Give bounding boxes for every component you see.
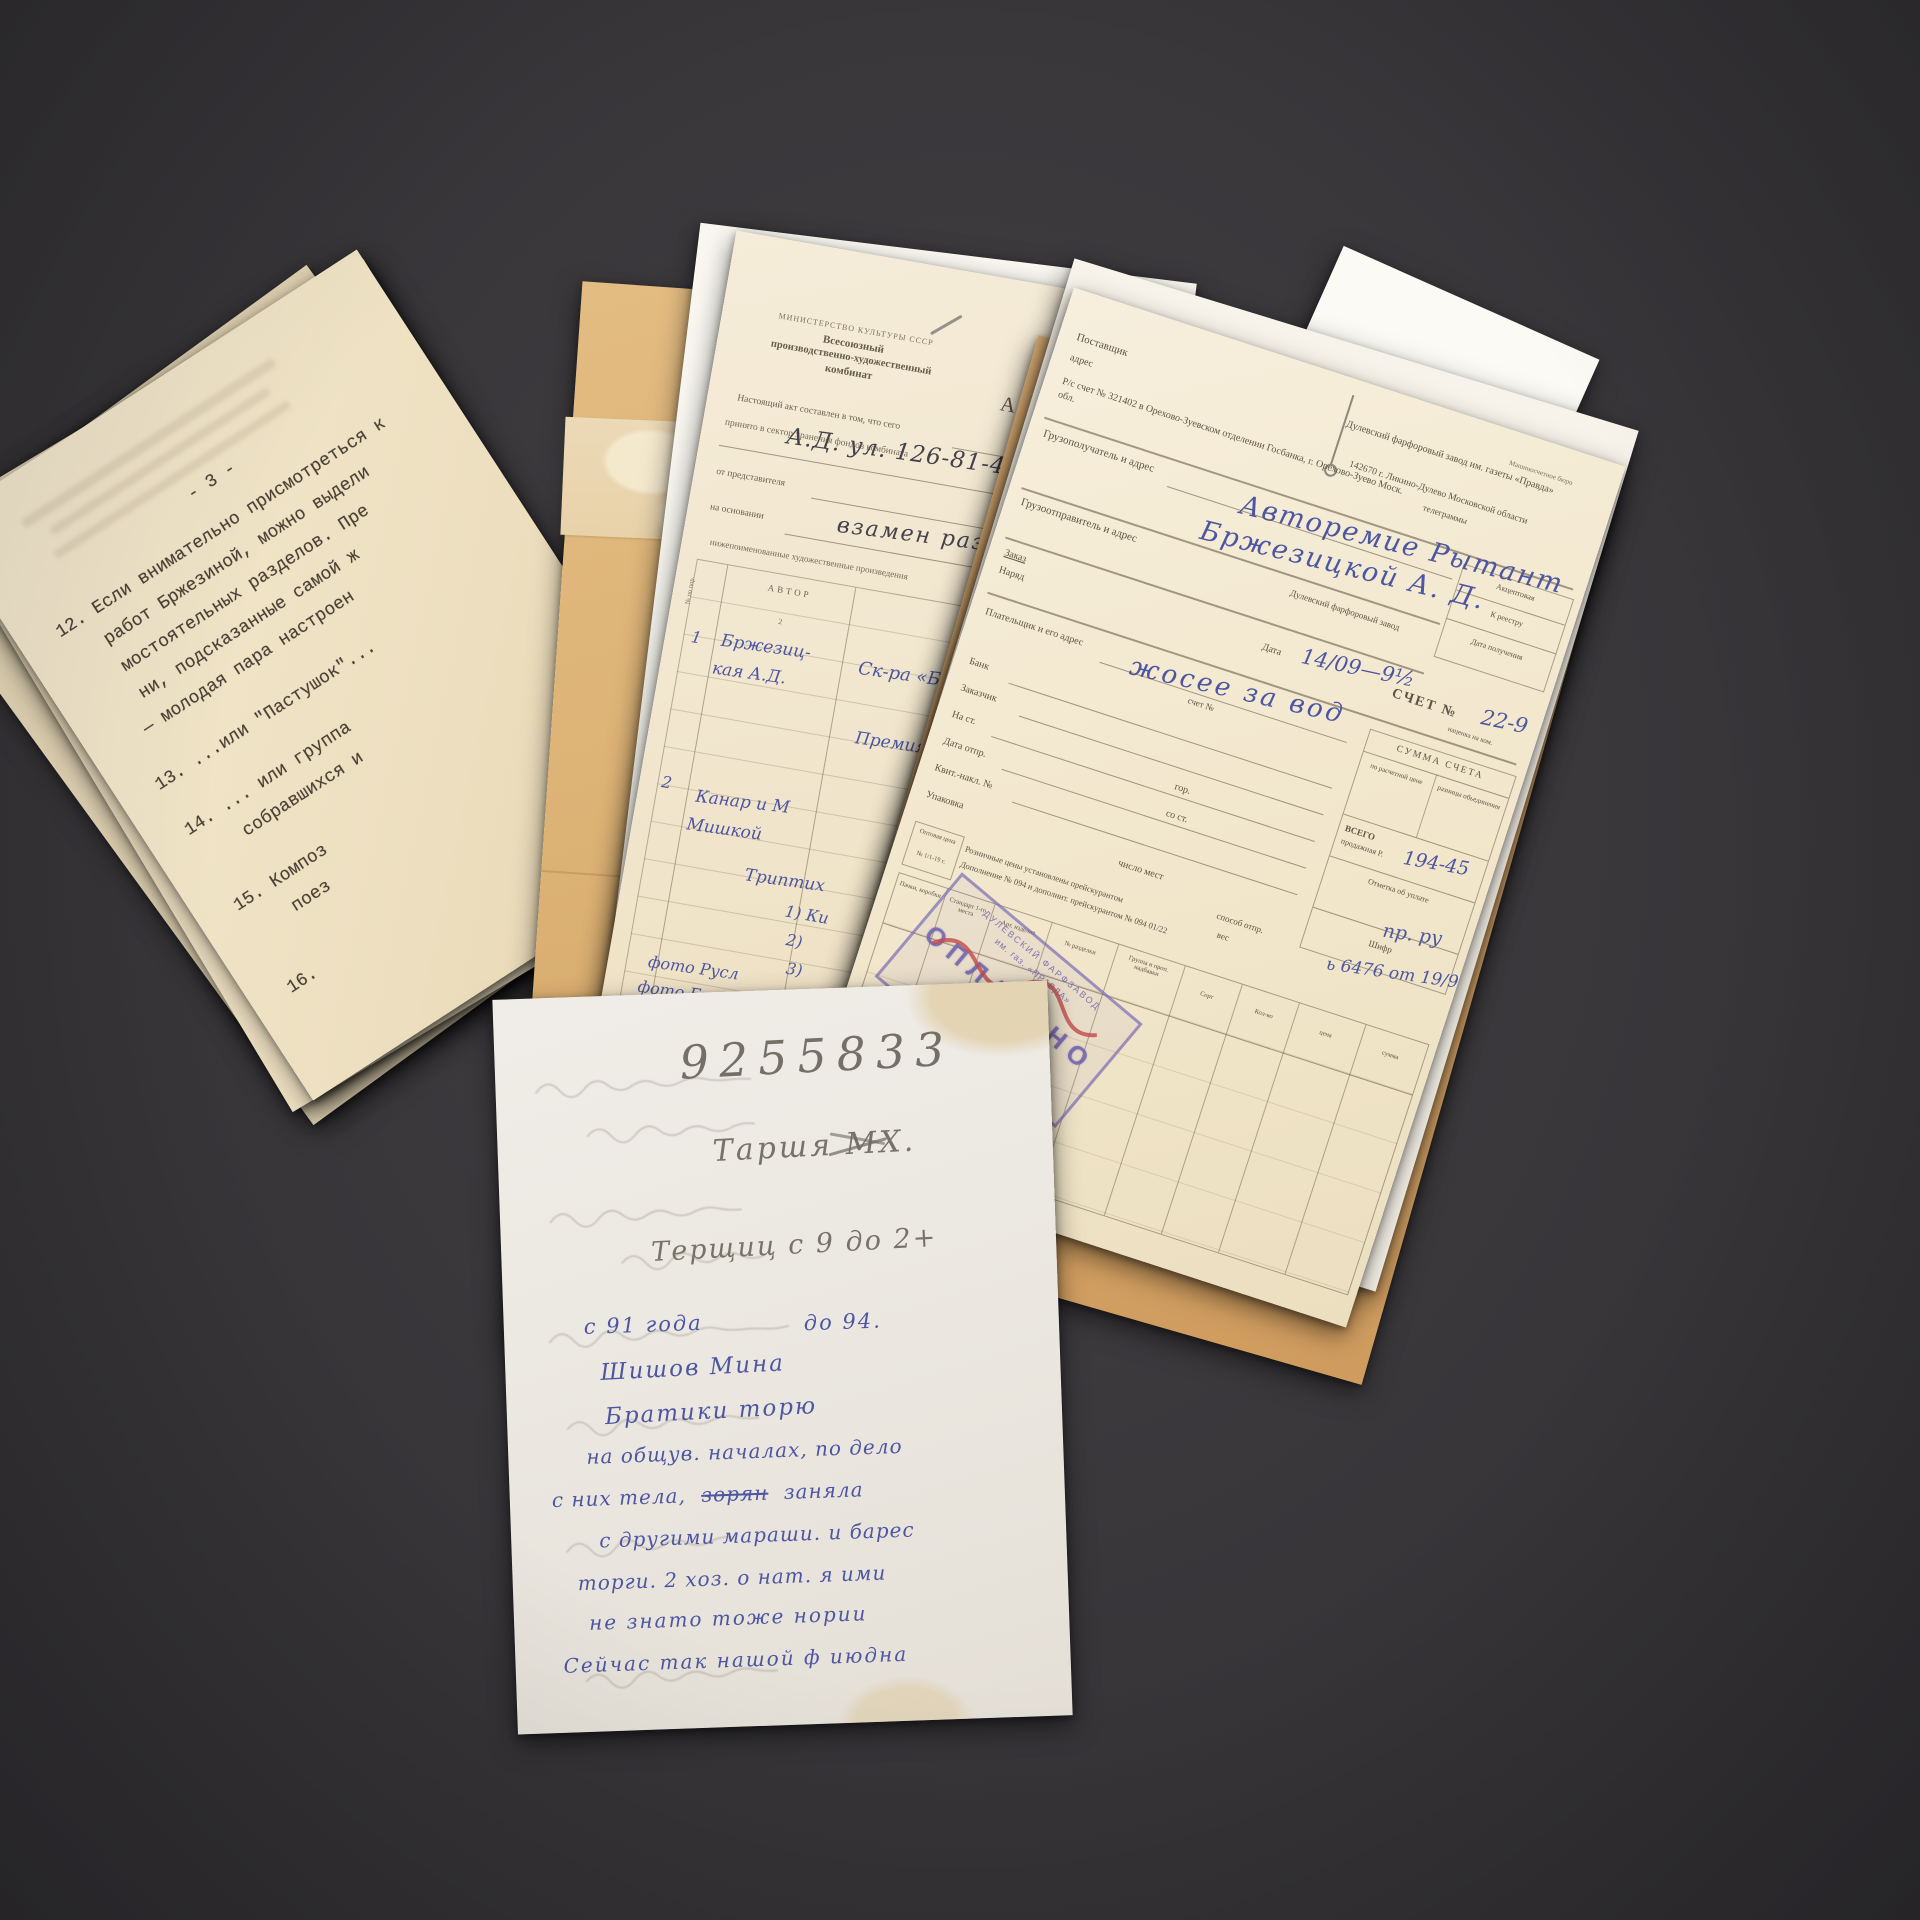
typed-line: мостоятельных разделов. Пре: [118, 501, 373, 677]
invoice-total-sub-label: продажная Р.: [1340, 836, 1385, 858]
note-strike-post: заняла: [783, 1477, 864, 1504]
invoice-packing-label: Упаковка: [925, 789, 966, 812]
akt-triptych-3: 3): [785, 959, 804, 981]
akt-col-author: АВТОР: [730, 576, 850, 607]
invoice-col-header: Кол-во: [1236, 1002, 1291, 1026]
note-strike-pre: с них тела,: [551, 1483, 686, 1512]
typed-line: поез: [288, 876, 335, 916]
invoice-rule: [991, 736, 1315, 842]
invoice-col-header: Пачки, коробки: [897, 880, 943, 901]
invoice-col-header: цена: [1293, 1021, 1358, 1048]
invoice-weight-label: вес: [1216, 930, 1231, 943]
akt-col-author-index: 2: [778, 617, 784, 627]
note-strike-word: зорян: [701, 1481, 769, 1507]
staple: [930, 315, 963, 336]
invoice-date-label: Дата: [1261, 642, 1283, 659]
invoice-wholesale-box: Оптовая цена № 1/1-19 г.: [901, 821, 965, 881]
invoice-bank-label: Банк: [968, 656, 991, 673]
invoice-col-header: Группа и проп. надбавки: [1114, 951, 1181, 985]
invoice-wholesale-number: № 1/1-19 г.: [908, 847, 954, 868]
akt-basis-label: на основании: [709, 502, 764, 521]
invoice-vline: [1285, 1025, 1367, 1274]
invoice-sum-col2: разницы объединения: [1435, 783, 1502, 812]
invoice-customer-label: Заказчик: [959, 682, 998, 704]
invoice-station-label: На ст.: [950, 709, 977, 727]
invoice-naryad-label: Наряд: [997, 564, 1025, 583]
invoice-sum-col1: по расчетной цене: [1363, 760, 1430, 789]
invoice-vline: [1218, 1003, 1300, 1252]
akt-triptych-2: 2): [785, 930, 804, 952]
invoice-receipt-label: Квит.-накл. №: [933, 762, 994, 791]
akt-col-num: № по пор.: [684, 576, 696, 605]
note-blue-line: до 94.: [803, 1309, 882, 1336]
handwritten-note: 9255833 Таршя МХ. Терщиц с 9 до 2+ с 91 …: [492, 981, 1072, 1735]
invoice-places-label: число мест: [1117, 858, 1165, 883]
invoice-order-label: Заказ: [1003, 547, 1028, 564]
invoice-account-line: Р/с счет № 321402 в Орехово-Зуевском отд…: [1056, 375, 1417, 516]
invoice-city-label: гор.: [1173, 781, 1192, 797]
invoice-number-label: СЧЕТ №: [1390, 686, 1460, 722]
invoice-rule: [1019, 716, 1324, 816]
invoice-col-header: Сорт: [1179, 984, 1234, 1008]
akt-representative-label: от представителя: [715, 467, 785, 489]
invoice-number-handwriting: 22-9: [1479, 705, 1530, 738]
invoice-wholesale-label: Оптовая цена: [915, 826, 961, 847]
invoice-vline: [1161, 985, 1243, 1234]
invoice-payer-label: Плательщик и его адрес: [984, 606, 1085, 648]
note-blue-line: с 91 года: [583, 1311, 703, 1339]
invoice-ship-date-label: Дата отпр.: [942, 736, 988, 760]
invoice-address-label: адрес: [1069, 352, 1095, 370]
invoice-col-header: сумма: [1360, 1042, 1421, 1068]
typed-line: 16.: [284, 964, 322, 998]
invoice-rule: [1001, 769, 1306, 869]
photo-of-documents: - 3 - 12. Если внимательно присмотреться…: [0, 0, 1920, 1920]
